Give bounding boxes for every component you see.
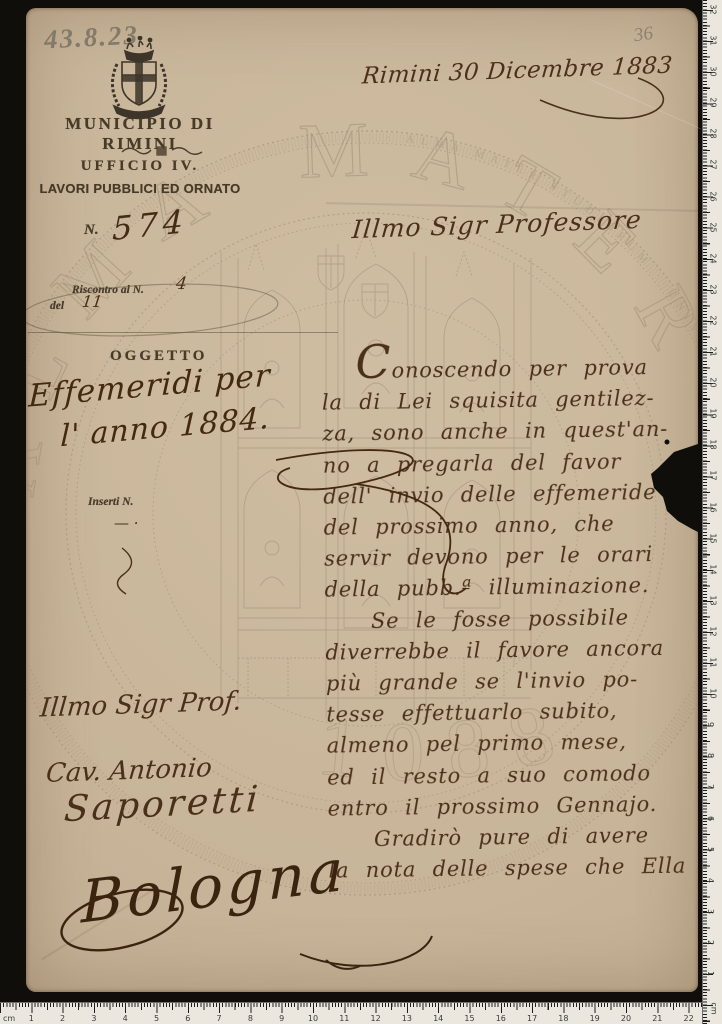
dateline-text: Rimini 30 Dicembre 1883 (361, 53, 674, 90)
ruler-number: 22 (709, 315, 718, 325)
ruler-number: 18 (709, 440, 718, 450)
ruler-number: 9 (279, 1014, 284, 1023)
ruler-number: 2 (60, 1014, 65, 1023)
inserts-flourish (117, 548, 131, 594)
ruler-number: 15 (464, 1014, 474, 1023)
body-line: diverrebbe il favore ancora (325, 632, 701, 668)
ruler-number: 7 (706, 784, 715, 789)
salutation-text: Illmo Sigr Professore (351, 205, 643, 244)
ruler-number: 14 (709, 564, 718, 574)
ruler-number: 16 (496, 1014, 506, 1023)
ruler-number: 20 (621, 1014, 631, 1023)
body-line: Gradirò pure di avere (374, 819, 704, 855)
inserts-handwritten-marks: — · (114, 514, 139, 532)
ruler-number: 4 (706, 878, 715, 883)
ruler-number: 22 (684, 1014, 694, 1023)
recipient-line-1: Illmo Sigr Prof. (40, 686, 242, 723)
ruler-number: 12 (371, 1014, 381, 1023)
body-line: entro il prossimo Gennajo. (327, 788, 703, 824)
ruler-number: 1 (706, 971, 715, 976)
ruler-number: 30 (709, 67, 718, 77)
ruler-number: 1 (29, 1014, 34, 1023)
ruler-number: 21 (652, 1014, 662, 1023)
recipient-title: Illmo Sigr Prof. (39, 686, 243, 723)
ruler-number: 28 (709, 129, 718, 139)
letter-paper: ALMA MATER STUDIORUM · ALMA MATER STUDIO… (26, 8, 698, 992)
ruler-number: 13 (709, 595, 718, 605)
body-line: Se le fosse possibile (371, 601, 701, 637)
subject-label: OGGETTO (110, 348, 207, 365)
ruler-number: 5 (706, 847, 715, 852)
body-line: la nota delle spese che Ella (328, 851, 704, 887)
ruler-number: 8 (248, 1014, 253, 1023)
del-label: del (50, 300, 64, 312)
protocol-number-label: N. (84, 222, 99, 239)
ruler-number: 15 (709, 533, 718, 543)
ruler-number: 14 (433, 1014, 443, 1023)
rimini-coat-of-arms (106, 36, 172, 120)
ruler-number: cm (710, 1002, 719, 1014)
reference-number-handwritten: 4 (176, 274, 187, 294)
right-cm-ruler: cm12345678910111213141516171819202122232… (702, 0, 722, 1024)
body-line: della pubb.ª illuminazione. (324, 570, 700, 606)
ruler-number: 9 (706, 722, 715, 727)
ornament-divider (120, 144, 204, 158)
ruler-number: 29 (709, 98, 718, 108)
ruler-number: 11 (709, 657, 718, 667)
body-line: del prossimo anno, che (323, 507, 699, 543)
ruler-number: 11 (339, 1014, 349, 1023)
ruler-number: 13 (402, 1014, 412, 1023)
ruler-number: 8 (706, 753, 715, 758)
photo-scene: ALMA MATER STUDIORUM · ALMA MATER STUDIO… (0, 0, 722, 1024)
ruler-number: 32 (709, 4, 718, 14)
printed-rule-line (28, 332, 338, 333)
paper-crease (591, 80, 701, 130)
letter-body: Conoscendo per prova la di Lei squisita … (321, 351, 704, 887)
ruler-number: 27 (709, 160, 718, 170)
bottom-ruler-ticks (0, 1003, 703, 1013)
pencil-folio-number: 36 (633, 23, 655, 47)
ruler-number: 17 (527, 1014, 537, 1023)
del-value-handwritten: 11 (82, 292, 102, 311)
ruler-number: 4 (123, 1014, 128, 1023)
ruler-number: 23 (709, 284, 718, 294)
body-line: dell' invio delle effemeride (323, 476, 699, 512)
ruler-number: 25 (709, 222, 718, 232)
ruler-number: 18 (558, 1014, 568, 1023)
ruler-number: 2 (706, 940, 715, 945)
letterhead-office: UFFICIO IV. (30, 158, 250, 175)
ruler-number: 3 (91, 1014, 96, 1023)
ruler-number: 19 (709, 409, 718, 419)
ruler-number: 10 (709, 689, 718, 699)
del-value: 11 (81, 292, 104, 311)
body-line: più grande se l'invio po- (326, 663, 702, 699)
salutation: Illmo Sigr Professore (352, 205, 643, 244)
inserts-label: Inserti N. (88, 496, 133, 508)
ruler-number: cm (3, 1014, 15, 1023)
ruler-number: 6 (706, 815, 715, 820)
body-line: za, sono anche in quest'an- (322, 414, 698, 450)
body-line: Conoscendo per prova (321, 351, 697, 387)
ruler-number: 6 (185, 1014, 190, 1023)
letterhead-department: LAVORI PUBBLICI ED ORNATO (30, 181, 250, 196)
bottom-cm-ruler: cm12345678910111213141516171819202122 (0, 1002, 703, 1024)
ruler-number: 3 (706, 909, 715, 914)
recipient-city: Bologna (77, 836, 351, 936)
ruler-number: 20 (709, 378, 718, 388)
reference-number-value: 4 (175, 274, 188, 294)
ruler-number: 17 (709, 471, 718, 481)
ruler-number: 26 (709, 191, 718, 201)
ruler-number: 24 (709, 253, 718, 263)
ruler-number: 5 (154, 1014, 159, 1023)
ruler-number: 19 (590, 1014, 600, 1023)
protocol-number-value: 574 (112, 202, 188, 248)
ruler-number: 31 (709, 35, 718, 45)
scanned-letter-photo: { "archival": { "shelf_mark": "43.8.23",… (0, 0, 722, 1024)
body-line: ed il resto a suo comodo (327, 757, 703, 793)
ruler-number: 7 (217, 1014, 222, 1023)
body-line: no a pregarla del favor (323, 445, 699, 481)
ruler-number: 21 (709, 346, 718, 356)
recipient-city-text: Bologna (81, 835, 347, 936)
dateline: Rimini 30 Dicembre 1883 (362, 53, 673, 90)
signature-underswash (300, 936, 432, 969)
protocol-number-handwritten: 574 (110, 202, 190, 248)
ruler-number: 10 (308, 1014, 318, 1023)
ruler-number: 16 (709, 502, 718, 512)
ruler-number: 12 (709, 626, 718, 636)
